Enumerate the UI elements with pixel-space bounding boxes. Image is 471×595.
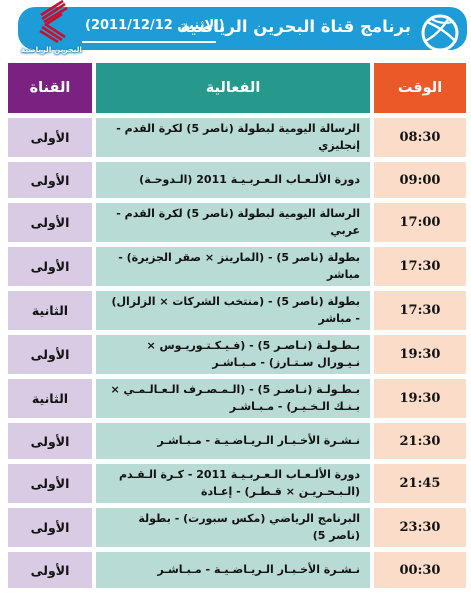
schedule-row-8-time: 21:45 xyxy=(374,464,466,503)
globe-network-icon xyxy=(417,8,463,62)
schedule-row-0-time: 08:30 xyxy=(374,118,466,157)
schedule-row-9-time: 23:30 xyxy=(374,508,466,547)
schedule-row-2-event: الرسالة اليومية لبطولة (ناصر 5) لكرة الق… xyxy=(96,203,370,242)
schedule-row-10-channel: الأولى xyxy=(8,552,92,588)
schedule-row-7-event: نـشـرة الأخـبـار الـريـاضـيـة - مـبـاشـر xyxy=(96,423,370,459)
schedule-row-8-channel: الأولى xyxy=(8,464,92,503)
schedule-row-3-event: بطولة (ناصر 5) - (المارينز × صقر الجزيرة… xyxy=(96,247,370,286)
schedule-row-2-time: 17:00 xyxy=(374,203,466,242)
schedule-row-6-time: 19:30 xyxy=(374,379,466,418)
schedule-row-3-time: 17:30 xyxy=(374,247,466,286)
schedule-row-5-time: 19:30 xyxy=(374,335,466,374)
schedule-row-9-channel: الأولى xyxy=(8,508,92,547)
schedule-row-4-event: بطولة (ناصر 5) - (منتخب الشركات × الزلزا… xyxy=(96,291,370,330)
schedule-row-1-event: دورة الألـعـاب الـعـربـيـة 2011 (الـدوحـ… xyxy=(96,162,370,198)
schedule-row-10-event: نـشـرة الأخـبـار الـريـاضـيـة - مـبـاشـر xyxy=(96,552,370,588)
schedule-row-1-time: 09:00 xyxy=(374,162,466,198)
schedule-row-5-channel: الأولى xyxy=(8,335,92,374)
schedule-row-3-channel: الأولى xyxy=(8,247,92,286)
schedule-row-4-channel: الثانية xyxy=(8,291,92,330)
column-header-event: الفعالية xyxy=(96,63,370,113)
schedule-row-0-channel: الأولى xyxy=(8,118,92,157)
schedule-row-4-time: 17:30 xyxy=(374,291,466,330)
schedule-row-9-event: البرنامج الرياضي (مكس سبورت) - بطولة (نا… xyxy=(96,508,370,547)
schedule-row-10-time: 00:30 xyxy=(374,552,466,588)
schedule-row-1-channel: الأولى xyxy=(8,162,92,198)
schedule-row-6-channel: الثانية xyxy=(8,379,92,418)
schedule-row-8-event: دورة الألـعـاب الـعـربـيـة 2011 - كـرة ا… xyxy=(96,464,370,503)
schedule-date: (الاثنين 2011/12/12) xyxy=(85,18,225,33)
schedule-row-2-channel: الأولى xyxy=(8,203,92,242)
channel-logo: البحرين الرياضية xyxy=(22,0,82,54)
logo-text: البحرين الرياضية xyxy=(22,45,82,54)
header-bar: برنامج قناة البحرين الرياضية (الاثنين 20… xyxy=(18,7,467,50)
schedule-row-6-event: بـطـولـة (نـاصـر 5) - (الـمـصـرف الـعـال… xyxy=(96,379,370,418)
schedule-row-7-time: 21:30 xyxy=(374,423,466,459)
schedule-row-0-event: الرسالة اليومية لبطولة (ناصر 5) لكرة الق… xyxy=(96,118,370,157)
column-header-channel: القناة xyxy=(8,63,92,113)
column-header-time: الوقت xyxy=(374,63,466,113)
schedule-row-5-event: بـطـولـة (نـاصـر 5) - (فـيـكـتـوريـوس × … xyxy=(96,335,370,374)
schedule-row-7-channel: الأولى xyxy=(8,423,92,459)
schedule-table: الوقت الفعالية القناة 08:30الرسالة اليوم… xyxy=(8,63,466,588)
date-underline xyxy=(82,41,216,43)
